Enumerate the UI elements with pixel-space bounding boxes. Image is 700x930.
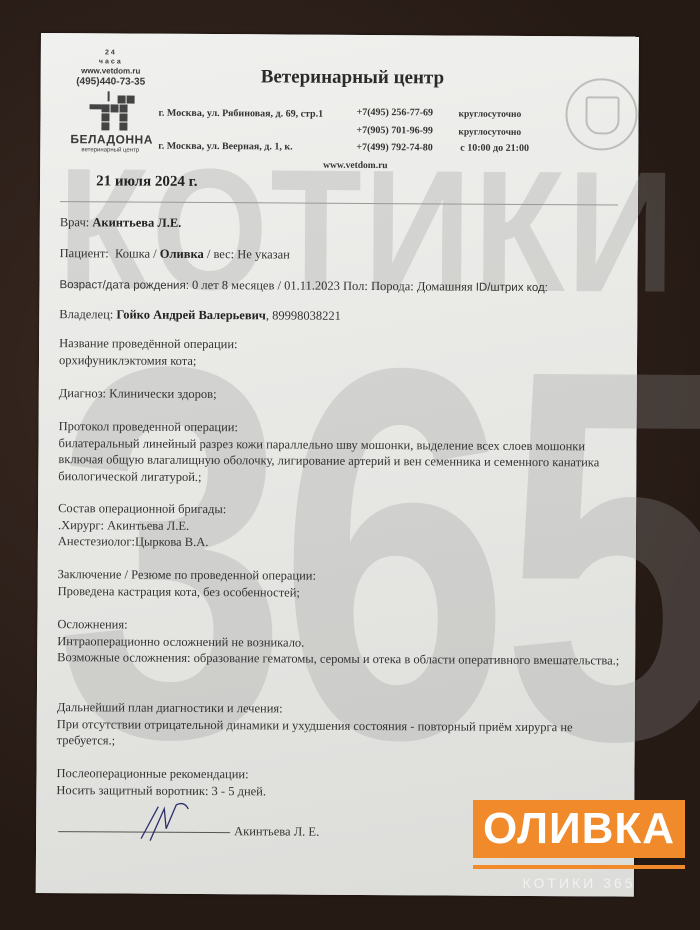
doctor-field: Врач: Акинтьева Л.Е. <box>60 215 182 231</box>
phone-1-hours: круглосуточно <box>458 110 521 120</box>
clinic-title: Ветеринарный центр <box>261 66 444 89</box>
phone-1: +7(495) 256-77-69 <box>356 107 433 118</box>
badge-subtitle: КОТИКИ 365 <box>473 875 685 891</box>
team-section: Состав операционной бригады: .Хирург: Ак… <box>58 500 628 553</box>
logo-website: www.vetdom.ru <box>71 66 151 76</box>
diagnosis: Диагноз: Клинически здоров; <box>59 385 629 405</box>
protocol-value: билатеральный линейный разрез кожи парал… <box>58 435 628 488</box>
certificate-seal-icon <box>565 78 637 150</box>
complications-possible: Возможные осложнения: образование гемато… <box>57 649 627 669</box>
badge-underline <box>473 865 685 869</box>
patient-species: Кошка / <box>115 246 157 260</box>
id-label: ID/штрих код: <box>476 282 548 294</box>
patient-field: Пациент: Кошка / Оливка / вес: Не указан <box>60 246 290 262</box>
plan-value: При отсутствии отрицательной динамики и … <box>57 716 627 752</box>
age-value: 0 лет 8 месяцев / 01.11.2023 Пол: Порода… <box>192 278 473 294</box>
age-field: Возраст/дата рождения: 0 лет 8 месяцев /… <box>59 277 548 295</box>
anesthesiologist: Анестезиолог:Цыркова В.А. <box>58 533 628 553</box>
document-date: 21 июля 2024 г. <box>96 173 197 191</box>
phone-2-hours: круглосуточно <box>458 128 521 138</box>
patient-name: Оливка <box>160 247 204 261</box>
phone-3-hours: с 10:00 до 21:00 <box>460 143 529 154</box>
clinic-logo: 24 часа www.vetdom.ru (495)440-73-35 БЕЛ… <box>70 48 151 154</box>
phone-2: +7(905) 701-96-99 <box>356 125 433 136</box>
conclusion-value: Проведена кастрация кота, без особенност… <box>58 583 628 603</box>
owner-phone: , 89998038221 <box>266 308 341 322</box>
doctor-name: Акинтьева Л.Е. <box>92 215 181 230</box>
age-label: Возраст/дата рождения: <box>59 279 189 292</box>
complications-section: Осложнения: Интраоперационно осложнений … <box>57 616 627 669</box>
doctor-label: Врач: <box>60 215 89 229</box>
clinic-website: www.vetdom.ru <box>323 161 387 171</box>
logo-name: БЕЛАДОННА <box>70 133 150 146</box>
owner-name: Гойко Андрей Валерьевич <box>116 307 266 322</box>
operation-value: орхифуниклэктомия кота; <box>59 352 629 372</box>
signature-name: Акинтьева Л. Е. <box>234 824 319 840</box>
logo-subtitle: ветеринарный центр <box>70 146 150 154</box>
logo-hours-unit: часа <box>71 57 151 66</box>
conclusion-section: Заключение / Резюме по проведенной опера… <box>58 566 628 602</box>
patient-weight: / вес: Не указан <box>207 247 290 262</box>
phone-3: +7(499) 792-74-80 <box>356 142 433 153</box>
recommendations-section: Послеоперационные рекомендации: Носить з… <box>56 765 626 801</box>
owner-field: Владелец: Гойко Андрей Валерьевич, 89998… <box>59 307 341 324</box>
operation-section: Название проведённой операции: орхифуник… <box>59 335 629 371</box>
logo-hours: 24 <box>71 48 151 57</box>
owner-label: Владелец: <box>59 307 113 321</box>
signature-scribble-icon <box>136 799 196 844</box>
patient-label: Пациент: <box>60 246 109 260</box>
plan-section: Дальнейший план диагностики и лечения: П… <box>57 699 627 752</box>
logo-phone: (495)440-73-35 <box>71 76 151 88</box>
address-1: г. Москва, ул. Рябиновая, д. 69, стр.1 <box>158 108 323 120</box>
protocol-section: Протокол проведенной операции: билатерал… <box>58 418 628 487</box>
patient-badge: ОЛИВКА <box>473 800 685 858</box>
address-2: г. Москва, ул. Веерная, д. 1, к. <box>158 141 292 153</box>
document-sheet: КОТИКИ 365 24 часа www.vetdom.ru (495)44… <box>36 33 639 897</box>
logo-mark-icon <box>85 91 135 131</box>
divider <box>60 201 618 205</box>
